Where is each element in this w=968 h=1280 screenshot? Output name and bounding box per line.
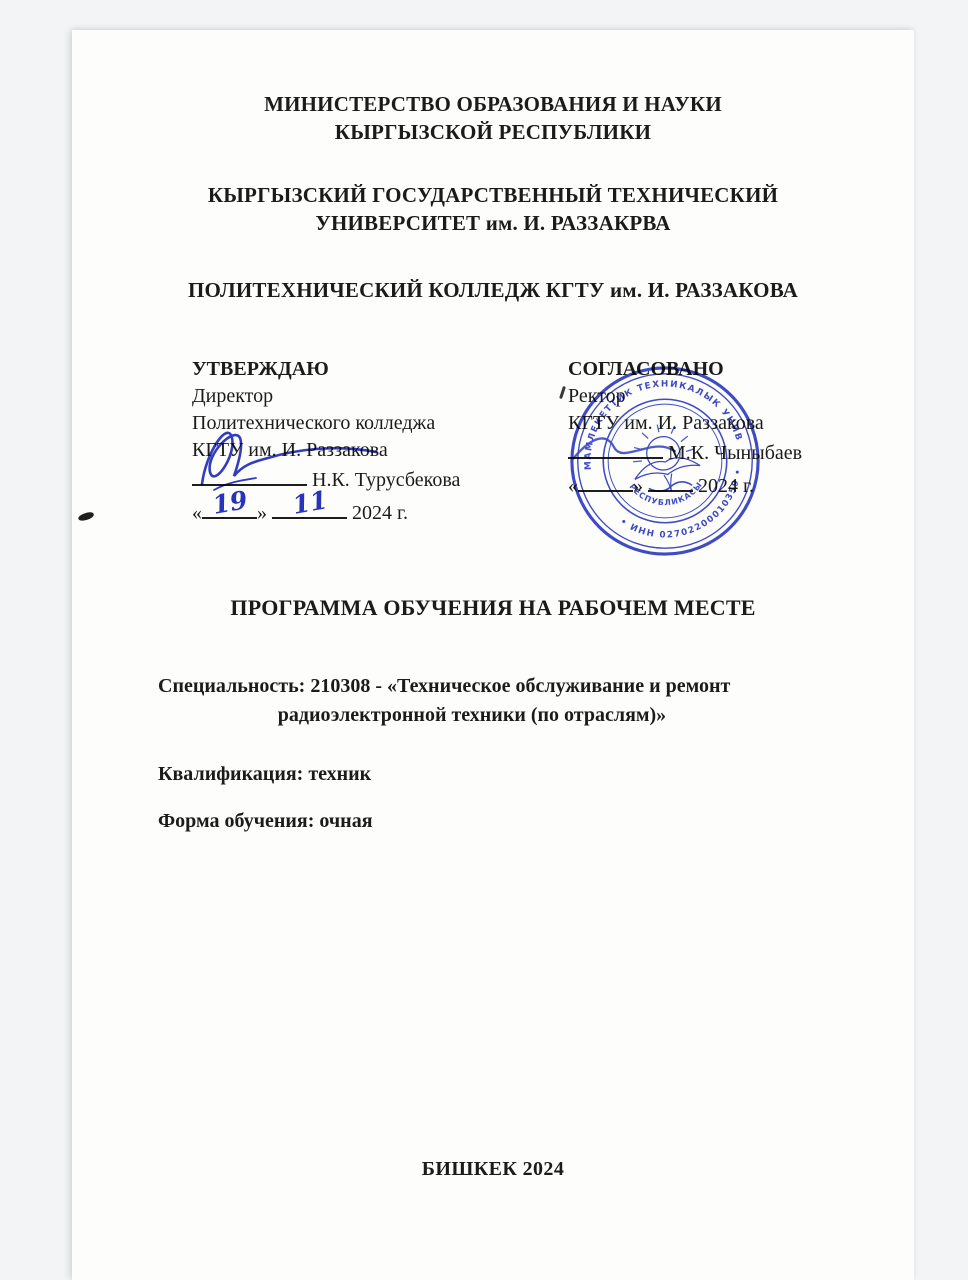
ministry-line-2: КЫРГЫЗСКОЙ РЕСПУБЛИКИ	[72, 118, 914, 146]
ministry-header: МИНИСТЕРСТВО ОБРАЗОВАНИЯ И НАУКИ КЫРГЫЗС…	[72, 90, 914, 146]
main-title: ПРОГРАММА ОБУЧЕНИЯ НА РАБОЧЕМ МЕСТЕ	[72, 595, 914, 621]
college-header: ПОЛИТЕХНИЧЕСКИЙ КОЛЛЕДЖ КГТУ им. И. РАЗЗ…	[72, 276, 914, 304]
university-round-stamp-icon: МАМЛЕКЕТТИК ТЕХНИКАЛЫК УНИВЕРСИТЕТИ • ИН…	[567, 363, 763, 559]
study-form-line: Форма обучения: очная	[158, 810, 373, 833]
stamp-ring-top-text: МАМЛЕКЕТТИК ТЕХНИКАЛЫК УНИВЕРСИТЕТИ	[567, 363, 744, 485]
stamp-ring-top-textpath: МАМЛЕКЕТТИК ТЕХНИКАЛЫК УНИВЕРСИТЕТИ	[567, 363, 744, 485]
scanned-document: МИНИСТЕРСТВО ОБРАЗОВАНИЯ И НАУКИ КЫРГЫЗС…	[0, 0, 968, 1280]
director-signature-icon	[184, 412, 394, 504]
quote-close: »	[257, 502, 267, 524]
qualification-line: Квалификация: техник	[158, 763, 371, 786]
university-header: КЫРГЫЗСКИЙ ГОСУДАРСТВЕННЫЙ ТЕХНИЧЕСКИЙ У…	[72, 181, 914, 237]
stamp-ring-bottom-text: • ИНН 02702200010359 •	[611, 465, 757, 553]
college-line: ПОЛИТЕХНИЧЕСКИЙ КОЛЛЕДЖ КГТУ им. И. РАЗЗ…	[72, 276, 914, 304]
approve-heading: УТВЕРЖДАЮ	[192, 356, 522, 383]
footer-city-year: БИШКЕК 2024	[72, 1158, 914, 1181]
specialty-line-1: Специальность: 210308 - «Техническое обс…	[158, 672, 786, 701]
university-line-1: КЫРГЫЗСКИЙ ГОСУДАРСТВЕННЫЙ ТЕХНИЧЕСКИЙ	[72, 181, 914, 209]
specialty-block: Специальность: 210308 - «Техническое обс…	[158, 672, 786, 730]
stray-pen-tick	[559, 386, 566, 399]
stamp-ring-bottom-textpath: • ИНН 02702200010359 •	[611, 465, 757, 553]
university-line-2: УНИВЕРСИТЕТ им. И. РАЗЗАКРВА	[72, 209, 914, 237]
quote-open: «	[192, 502, 202, 524]
document-page: МИНИСТЕРСТВО ОБРАЗОВАНИЯ И НАУКИ КЫРГЫЗС…	[72, 30, 914, 1280]
ministry-line-1: МИНИСТЕРСТВО ОБРАЗОВАНИЯ И НАУКИ	[72, 90, 914, 118]
specialty-line-2: радиоэлектронной техники (по отраслям)»	[158, 701, 786, 730]
ink-blotch	[77, 511, 94, 522]
approve-role-line: Директор	[192, 383, 522, 410]
approve-year: 2024 г.	[352, 502, 408, 524]
